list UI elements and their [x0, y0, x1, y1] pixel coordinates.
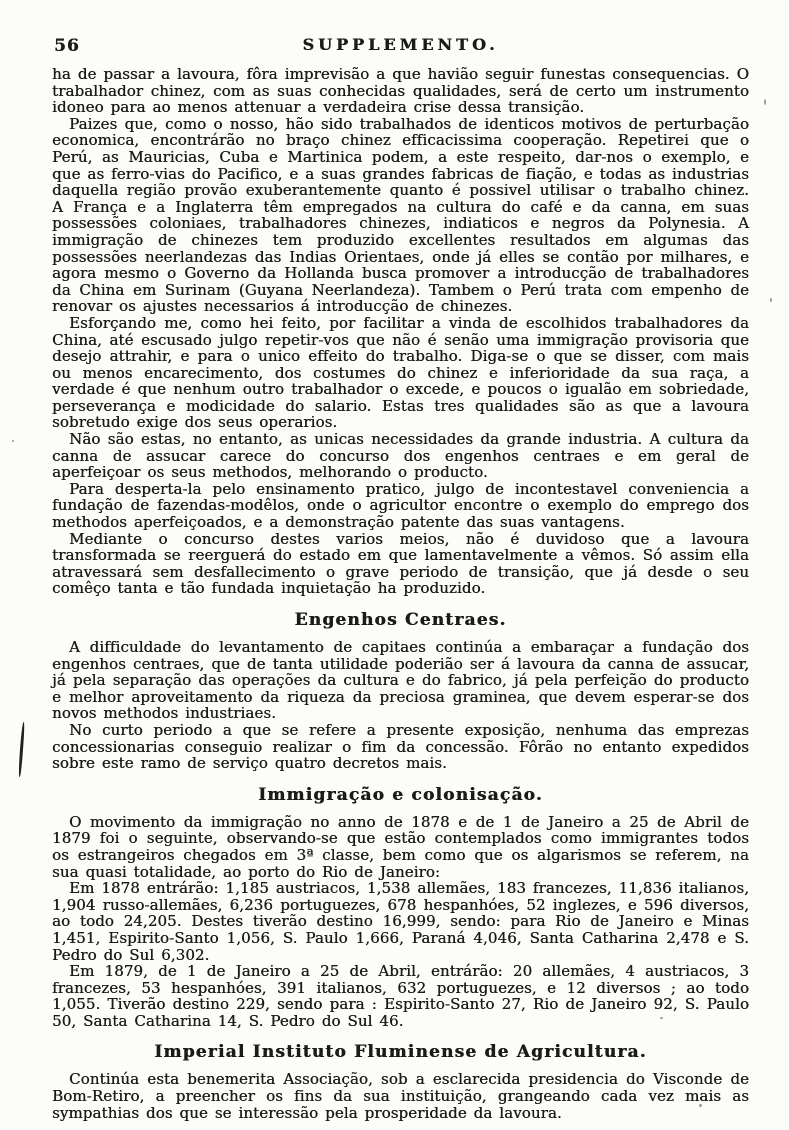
paragraph: Paizes que, como o nosso, hão sido traba… [52, 116, 749, 315]
margin-ink-mark [18, 722, 25, 777]
scanned-document-page: { "colors": { "paper": "#fcfcfb", "ink":… [0, 0, 789, 1130]
section-heading-immigracao-colonisacao: Immigração e colonisação. [52, 785, 749, 805]
paper-speck [764, 99, 766, 105]
paper-speck [12, 440, 14, 442]
page-header: 56 SUPPLEMENTO. [52, 30, 749, 64]
section-heading-engenhos-centraes: Engenhos Centraes. [52, 610, 749, 630]
paragraph: O movimento da immigração no anno de 187… [52, 814, 749, 880]
paragraph: Em 1878 entrárão: 1,185 austriacos, 1,53… [52, 880, 749, 963]
running-title: SUPPLEMENTO. [52, 35, 749, 54]
paragraph: No curto periodo a que se refere a prese… [52, 722, 749, 772]
paragraph: ha de passar a lavoura, fôra imprevisão … [52, 66, 749, 116]
paragraph: A difficuldade do levantamento de capita… [52, 639, 749, 722]
paragraph: Mediante o concurso destes varios meios,… [52, 531, 749, 597]
section-heading-imperial-instituto: Imperial Instituto Fluminense de Agricul… [52, 1042, 749, 1062]
document-page: 56 SUPPLEMENTO. ha de passar a lavoura, … [52, 30, 749, 1121]
paragraph: Continúa esta benemerita Associação, sob… [52, 1071, 749, 1121]
document-body: ha de passar a lavoura, fôra imprevisão … [52, 66, 749, 1121]
paragraph: Não são estas, no entanto, as unicas nec… [52, 431, 749, 481]
paragraph: Para desperta-la pelo ensinamento pratic… [52, 481, 749, 531]
paragraph: Em 1879, de 1 de Janeiro a 25 de Abril, … [52, 963, 749, 1029]
paper-speck [770, 298, 772, 302]
paragraph: Esforçando me, como hei feito, por facil… [52, 315, 749, 431]
